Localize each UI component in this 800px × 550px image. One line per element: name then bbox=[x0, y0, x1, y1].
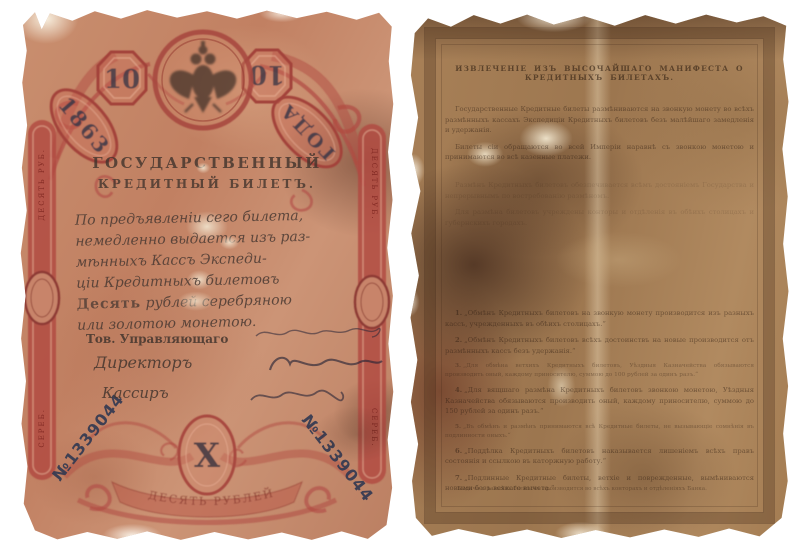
manifesto-footnote: Выдача и размѣнъ билетовъ производится в… bbox=[457, 486, 730, 492]
denomination-left-value: 10 bbox=[104, 65, 140, 95]
serial-number-left: №1339044 bbox=[48, 390, 128, 485]
official-row-director: Директоръ bbox=[94, 352, 386, 372]
manifesto-paragraph: Билеты сіи обращаются во всей Имперіи на… bbox=[445, 142, 754, 163]
denomination-right-value: 10 bbox=[249, 59, 285, 89]
manifesto-paragraph: Государственные Кредитные билеты размѣни… bbox=[445, 104, 754, 136]
amount-word: Десять bbox=[77, 295, 142, 312]
director-label: Директоръ bbox=[94, 353, 192, 372]
eagle-medallion bbox=[155, 32, 251, 128]
manifesto-article: 2.„Обмѣнъ Кредитныхъ билетовъ всѣхъ дост… bbox=[445, 335, 754, 356]
manifesto-top-paragraphs: Государственные Кредитные билеты размѣни… bbox=[445, 104, 754, 169]
cashier-label: Кассиръ bbox=[102, 384, 169, 402]
director-signature bbox=[266, 352, 386, 378]
roman-numeral-oval: X bbox=[179, 416, 235, 494]
official-row-deputy: Тов. Управляющаго bbox=[86, 324, 384, 346]
cashier-signature bbox=[247, 384, 347, 412]
manifesto-articles: 1.„Обмѣнъ Кредитныхъ билетовъ на звонкую… bbox=[445, 308, 754, 500]
official-row-cashier: Кассиръ bbox=[102, 384, 347, 402]
note-title: ГОСУДАРСТВЕННЫЙ КРЕДИТНЫЙ БИЛЕТЪ. bbox=[20, 154, 394, 191]
roman-numeral-text: X bbox=[194, 436, 221, 476]
denomination-badge-left: 10 bbox=[98, 52, 146, 104]
banknote-back: ИЗВЛЕЧЕНІЕ ИЗЪ ВЫСОЧАЙШАГО МАНИФЕСТА О К… bbox=[409, 12, 790, 539]
svg-text:№1339044: №1339044 bbox=[48, 390, 128, 485]
manifesto-article: 5.„Въ обмѣнъ и размѣнъ принимаются всѣ К… bbox=[445, 423, 754, 441]
manifesto-article: 3.„Для обмѣна ветхихъ Кредитныхъ билетов… bbox=[445, 362, 754, 380]
photo-canvas: 10 10 bbox=[0, 0, 800, 550]
banknote-front: 10 10 bbox=[20, 8, 394, 541]
manifesto-header: ИЗВЛЕЧЕНІЕ ИЗЪ ВЫСОЧАЙШАГО МАНИФЕСТА О К… bbox=[439, 64, 760, 82]
title-line-1: ГОСУДАРСТВЕННЫЙ bbox=[20, 154, 394, 172]
amount-rest: рублей серебряною bbox=[145, 292, 292, 311]
manifesto-paragraph: Для размѣна билетовъ учреждены конторы и… bbox=[445, 207, 754, 228]
manifesto-faded-paragraphs: Размѣнъ Кредитныхъ билетовъ обезпечивает… bbox=[445, 180, 754, 234]
obligation-text: По предъявленіи сего билета, немедленно … bbox=[75, 205, 338, 336]
title-line-2: КРЕДИТНЫЙ БИЛЕТЪ. bbox=[20, 177, 394, 191]
manifesto-paragraph: Размѣнъ Кредитныхъ билетовъ обезпечивает… bbox=[445, 180, 754, 201]
manifesto-article: 4.„Для вящшаго размѣна Кредитныхъ билето… bbox=[445, 385, 754, 417]
manifesto-article: 1.„Обмѣнъ Кредитныхъ билетовъ на звонкую… bbox=[445, 308, 754, 329]
deputy-manager-label: Тов. Управляющаго bbox=[86, 332, 228, 346]
manifesto-article: 6.„Поддѣлка Кредитныхъ билетовъ наказыва… bbox=[445, 446, 754, 467]
deputy-manager-signature bbox=[254, 324, 384, 344]
